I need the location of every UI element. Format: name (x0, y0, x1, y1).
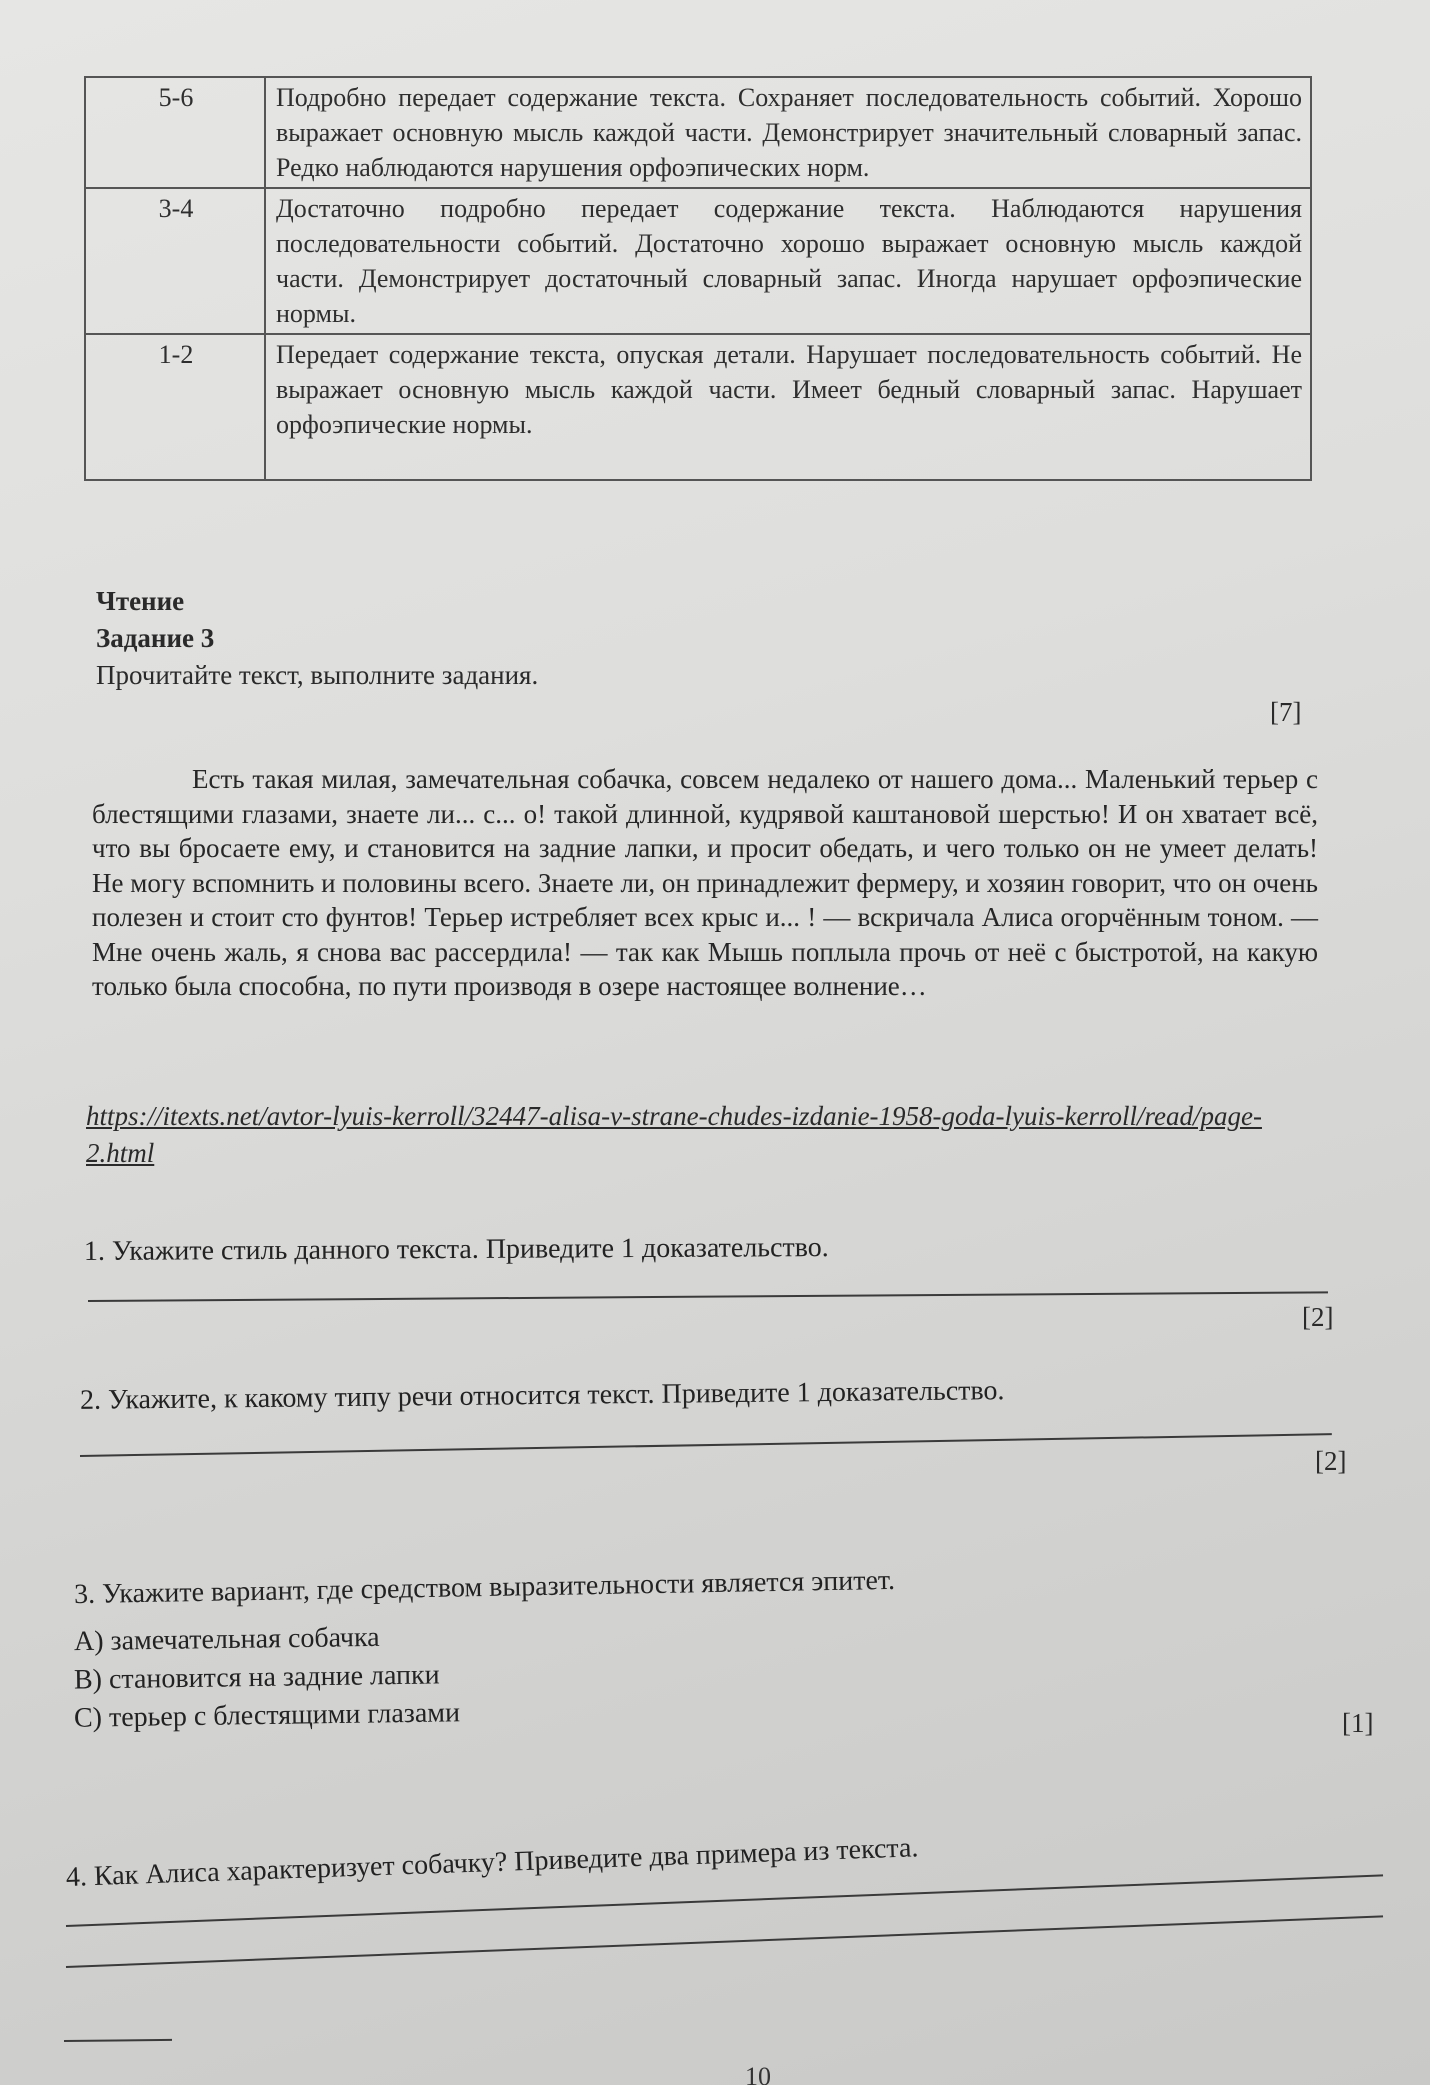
rubric-score: 5-6 (85, 77, 265, 188)
rubric-description: Передает содержание текста, опуская дета… (265, 334, 1311, 480)
source-link[interactable]: https://itexts.net/avtor-lyuis-kerroll/3… (86, 1098, 1266, 1172)
rubric-row: 1-2 Передает содержание текста, опуская … (85, 334, 1311, 480)
worksheet-page: 5-6 Подробно передает содержание текста.… (0, 0, 1430, 2085)
rubric-description: Подробно передает содержание текста. Сох… (265, 77, 1311, 188)
section-title: Чтение (96, 586, 184, 617)
reading-passage: Есть такая милая, замечательная собачка,… (92, 762, 1318, 1004)
option-a[interactable]: A) замечательная собачка (74, 1622, 380, 1658)
answer-line[interactable] (80, 1433, 1332, 1457)
rubric-description: Достаточно подробно передает содержание … (265, 188, 1311, 334)
question-2-points: [2] (1315, 1446, 1346, 1477)
option-c[interactable]: C) терьер с блестящими глазами (74, 1697, 460, 1734)
page-number: 10 (745, 2062, 771, 2085)
rubric-row: 5-6 Подробно передает содержание текста.… (85, 77, 1311, 188)
task-title: Задание 3 (96, 623, 214, 654)
rubric-table: 5-6 Подробно передает содержание текста.… (84, 76, 1312, 481)
question-1: 1. Укажите стиль данного текста. Приведи… (84, 1232, 829, 1268)
answer-line-stub[interactable] (64, 2039, 172, 2042)
rubric-row: 3-4 Достаточно подробно передает содержа… (85, 188, 1311, 334)
question-1-points: [2] (1302, 1302, 1333, 1333)
question-3-points: [1] (1342, 1708, 1373, 1739)
option-b[interactable]: B) становится на задние лапки (74, 1659, 440, 1696)
question-4: 4. Как Алиса характеризует собачку? Прив… (65, 1832, 918, 1894)
rubric-score: 1-2 (85, 334, 265, 480)
answer-line[interactable] (88, 1291, 1328, 1302)
answer-line[interactable] (66, 1915, 1383, 1968)
task-points: [7] (1270, 697, 1301, 728)
rubric-score: 3-4 (85, 188, 265, 334)
question-2: 2. Укажите, к какому типу речи относится… (80, 1375, 1005, 1417)
task-instruction: Прочитайте текст, выполните задания. (96, 660, 538, 691)
question-3: 3. Укажите вариант, где средством вырази… (74, 1565, 896, 1611)
